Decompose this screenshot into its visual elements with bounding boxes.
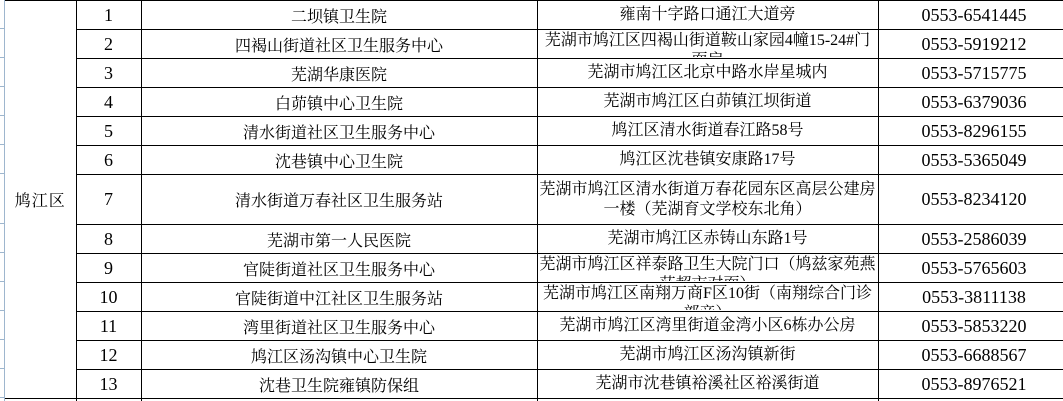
clinic-address-cell[interactable]: 芜湖市鸠江区赤铸山东路1号 bbox=[537, 225, 878, 254]
clinic-name-cell[interactable]: 二坝镇卫生院 bbox=[141, 1, 537, 30]
clinic-address-cell[interactable]: 鸠江区清水街道春江路58号 bbox=[537, 117, 878, 146]
clinic-address-cell[interactable]: 芜湖市鸠江区湾里街道金湾小区6栋办公房 bbox=[537, 312, 878, 341]
clinic-name-cell[interactable]: 沈巷卫生院雍镇防保组 bbox=[141, 370, 537, 399]
row-number-cell[interactable]: 12 bbox=[76, 341, 141, 370]
clinic-name-cell[interactable]: 清水街道万春社区卫生服务站 bbox=[141, 175, 537, 225]
clinic-address-cell[interactable]: 芜湖市鸠江区四褐山街道鞍山家园4幢15-24#门面房 bbox=[537, 30, 878, 59]
clinic-name-cell[interactable]: 官陡街道社区卫生服务中心 bbox=[141, 254, 537, 283]
clinic-phone-cell[interactable]: 0553-5715775 bbox=[878, 59, 1063, 88]
row-number-cell[interactable]: 11 bbox=[76, 312, 141, 341]
clinic-address-text: 芜湖市鸠江区祥泰路卫生大院门口（鸠兹家苑燕莎超市对面） bbox=[538, 254, 878, 281]
clinic-address-cell[interactable]: 芜湖市鸠江区南翔万商F区10街（南翔综合门诊部旁） bbox=[537, 283, 878, 312]
clinic-address-text: 芜湖市鸠江区四褐山街道鞍山家园4幢15-24#门面房 bbox=[538, 30, 878, 57]
row-number-cell[interactable]: 9 bbox=[76, 254, 141, 283]
table-row: 11 湾里街道社区卫生服务中心 芜湖市鸠江区湾里街道金湾小区6栋办公房 0553… bbox=[5, 312, 1063, 341]
clinic-address-text: 芜湖市沈巷镇裕溪社区裕溪街道 bbox=[538, 374, 878, 394]
row-number-cell[interactable]: 1 bbox=[76, 1, 141, 30]
clinic-phone-cell[interactable]: 0553-5919212 bbox=[878, 30, 1063, 59]
clinic-address-text: 鸠江区清水街道春江路58号 bbox=[538, 121, 878, 141]
clinic-address-text: 芜湖市鸠江区白茆镇江坝街道 bbox=[538, 92, 878, 112]
clinic-phone-cell[interactable]: 0553-6688567 bbox=[878, 341, 1063, 370]
clinic-name-cell[interactable]: 湾里街道社区卫生服务中心 bbox=[141, 312, 537, 341]
clinic-address-text: 芜湖市鸠江区汤沟镇新街 bbox=[538, 345, 878, 365]
clinic-address-text: 芜湖市鸠江区赤铸山东路1号 bbox=[538, 229, 878, 249]
row-number-cell[interactable]: 6 bbox=[76, 146, 141, 175]
clinic-address-text: 芜湖市鸠江区北京中路水岸星城内 bbox=[538, 63, 878, 83]
clinic-address-text: 芜湖市鸠江区南翔万商F区10街（南翔综合门诊部旁） bbox=[538, 283, 878, 310]
clinic-phone-cell[interactable]: 0553-3811138 bbox=[878, 283, 1063, 312]
clinic-phone-cell[interactable]: 0553-2586039 bbox=[878, 225, 1063, 254]
clinic-address-cell[interactable]: 鸠江区沈巷镇安康路17号 bbox=[537, 146, 878, 175]
row-number-cell[interactable]: 3 bbox=[76, 59, 141, 88]
row-number-cell[interactable]: 2 bbox=[76, 30, 141, 59]
spreadsheet-fragment: 鸠江区1 二坝镇卫生院 雍南十字路口通江大道旁 0553-6541445 2 四… bbox=[0, 0, 1063, 401]
clinic-address-cell[interactable]: 芜湖市鸠江区清水街道万春花园东区高层公建房一楼（芜湖育文学校东北角） bbox=[537, 175, 878, 225]
clinic-address-cell[interactable]: 芜湖市鸠江区白茆镇江坝街道 bbox=[537, 88, 878, 117]
clinic-phone-cell[interactable]: 0553-5765603 bbox=[878, 254, 1063, 283]
table-row: 9 官陡街道社区卫生服务中心 芜湖市鸠江区祥泰路卫生大院门口（鸠兹家苑燕莎超市对… bbox=[5, 254, 1063, 283]
table-row: 7 清水街道万春社区卫生服务站 芜湖市鸠江区清水街道万春花园东区高层公建房一楼（… bbox=[5, 175, 1063, 225]
clinic-phone-cell[interactable]: 0553-6541445 bbox=[878, 1, 1063, 30]
clinic-table: 鸠江区1 二坝镇卫生院 雍南十字路口通江大道旁 0553-6541445 2 四… bbox=[5, 0, 1063, 401]
clinic-address-cell[interactable]: 芜湖市鸠江区祥泰路卫生大院门口（鸠兹家苑燕莎超市对面） bbox=[537, 254, 878, 283]
row-number-cell[interactable]: 13 bbox=[76, 370, 141, 399]
clinic-address-text: 鸠江区沈巷镇安康路17号 bbox=[538, 150, 878, 170]
clinic-name-cell[interactable]: 芜湖市第一人民医院 bbox=[141, 225, 537, 254]
clinic-phone-cell[interactable]: 0553-6379036 bbox=[878, 88, 1063, 117]
clinic-phone-cell[interactable]: 0553-5365049 bbox=[878, 146, 1063, 175]
clinic-name-cell[interactable]: 芜湖华康医院 bbox=[141, 59, 537, 88]
clinic-name-cell[interactable]: 鸠江区汤沟镇中心卫生院 bbox=[141, 341, 537, 370]
table-row: 4 白茆镇中心卫生院 芜湖市鸠江区白茆镇江坝街道 0553-6379036 bbox=[5, 88, 1063, 117]
sheet-gridline-vertical bbox=[4, 0, 5, 401]
row-number-cell[interactable]: 7 bbox=[76, 175, 141, 225]
table-row: 10 官陡街道中江社区卫生服务站 芜湖市鸠江区南翔万商F区10街（南翔综合门诊部… bbox=[5, 283, 1063, 312]
table-row: 2 四褐山街道社区卫生服务中心 芜湖市鸠江区四褐山街道鞍山家园4幢15-24#门… bbox=[5, 30, 1063, 59]
clinic-name-cell[interactable]: 官陡街道中江社区卫生服务站 bbox=[141, 283, 537, 312]
clinic-name-cell[interactable]: 清水街道社区卫生服务中心 bbox=[141, 117, 537, 146]
clinic-name-cell[interactable]: 白茆镇中心卫生院 bbox=[141, 88, 537, 117]
clinic-name-cell[interactable]: 四褐山街道社区卫生服务中心 bbox=[141, 30, 537, 59]
clinic-address-text: 芜湖市鸠江区清水街道万春花园东区高层公建房一楼（芜湖育文学校东北角） bbox=[538, 180, 878, 220]
table-row: 5 清水街道社区卫生服务中心 鸠江区清水街道春江路58号 0553-829615… bbox=[5, 117, 1063, 146]
clinic-address-cell[interactable]: 芜湖市鸠江区北京中路水岸星城内 bbox=[537, 59, 878, 88]
row-number-cell[interactable]: 8 bbox=[76, 225, 141, 254]
table-row: 8 芜湖市第一人民医院 芜湖市鸠江区赤铸山东路1号 0553-2586039 bbox=[5, 225, 1063, 254]
table-row: 3 芜湖华康医院 芜湖市鸠江区北京中路水岸星城内 0553-5715775 bbox=[5, 59, 1063, 88]
clinic-address-cell[interactable]: 芜湖市沈巷镇裕溪社区裕溪街道 bbox=[537, 370, 878, 399]
clinic-phone-cell[interactable]: 0553-8234120 bbox=[878, 175, 1063, 225]
table-row: 6 沈巷镇中心卫生院 鸠江区沈巷镇安康路17号 0553-5365049 bbox=[5, 146, 1063, 175]
clinic-address-cell[interactable]: 芜湖市鸠江区汤沟镇新街 bbox=[537, 341, 878, 370]
clinic-address-text: 芜湖市鸠江区湾里街道金湾小区6栋办公房 bbox=[538, 316, 878, 336]
clinic-phone-cell[interactable]: 0553-5853220 bbox=[878, 312, 1063, 341]
table-row: 13 沈巷卫生院雍镇防保组 芜湖市沈巷镇裕溪社区裕溪街道 0553-897652… bbox=[5, 370, 1063, 399]
clinic-phone-cell[interactable]: 0553-8976521 bbox=[878, 370, 1063, 399]
row-number-cell[interactable]: 5 bbox=[76, 117, 141, 146]
table-row: 12 鸠江区汤沟镇中心卫生院 芜湖市鸠江区汤沟镇新街 0553-6688567 bbox=[5, 341, 1063, 370]
clinic-phone-cell[interactable]: 0553-8296155 bbox=[878, 117, 1063, 146]
clinic-address-cell[interactable]: 雍南十字路口通江大道旁 bbox=[537, 1, 878, 30]
clinic-name-cell[interactable]: 沈巷镇中心卫生院 bbox=[141, 146, 537, 175]
table-row: 鸠江区1 二坝镇卫生院 雍南十字路口通江大道旁 0553-6541445 bbox=[5, 1, 1063, 30]
district-cell[interactable]: 鸠江区 bbox=[5, 1, 76, 399]
row-number-cell[interactable]: 4 bbox=[76, 88, 141, 117]
clinic-address-text: 雍南十字路口通江大道旁 bbox=[538, 5, 878, 25]
row-number-cell[interactable]: 10 bbox=[76, 283, 141, 312]
